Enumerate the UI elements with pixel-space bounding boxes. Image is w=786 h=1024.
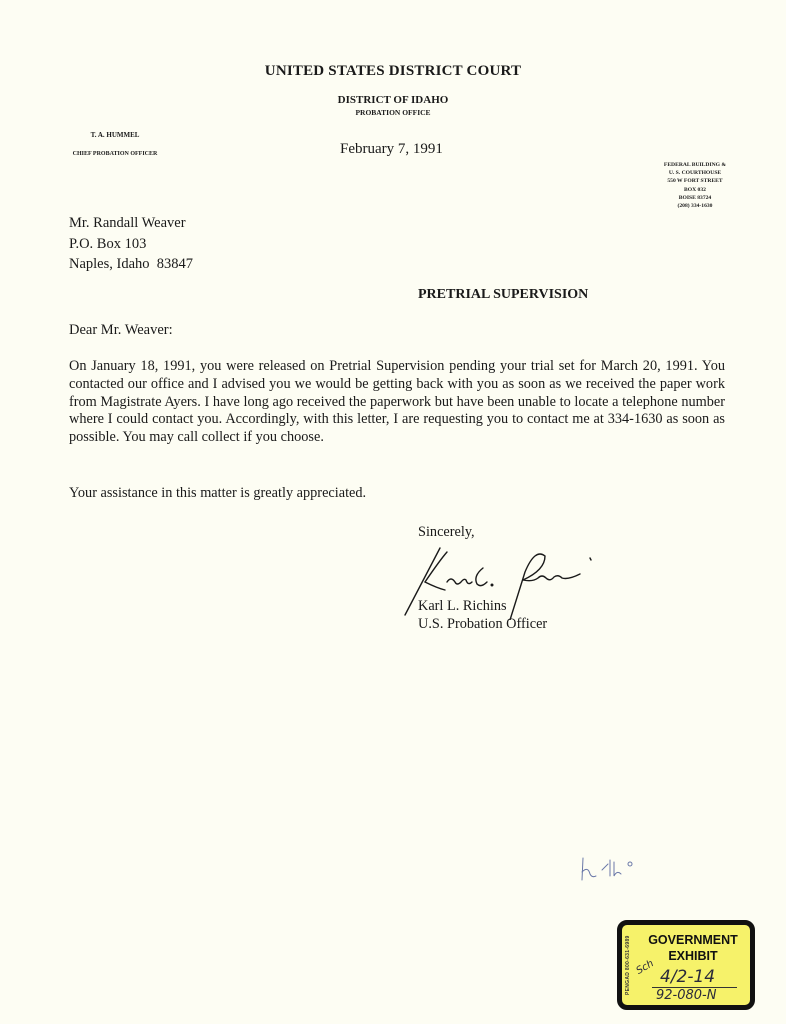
handwritten-initials-icon bbox=[578, 850, 648, 885]
recipient-address-2: Naples, Idaho 83847 bbox=[69, 254, 193, 275]
address-line: U. S. COURTHOUSE bbox=[630, 169, 760, 177]
salutation: Dear Mr. Weaver: bbox=[69, 322, 173, 339]
address-line: FEDERAL BUILDING & bbox=[630, 161, 760, 169]
address-line: BOISE 83724 bbox=[630, 194, 760, 202]
body-paragraph: On January 18, 1991, you were released o… bbox=[69, 358, 725, 447]
recipient-name: Mr. Randall Weaver bbox=[69, 213, 193, 234]
exhibit-handwritten-case: 92-080-N bbox=[656, 988, 716, 1003]
letter-date: February 7, 1991 bbox=[340, 141, 443, 158]
court-title: UNITED STATES DISTRICT COURT bbox=[0, 63, 786, 80]
recipient-address-1: P.O. Box 103 bbox=[69, 234, 193, 255]
closing-paragraph: Your assistance in this matter is greatl… bbox=[69, 485, 366, 502]
signer-name: Karl L. Richins bbox=[418, 598, 507, 615]
exhibit-label-line2: EXHIBIT bbox=[638, 949, 748, 963]
exhibit-strip-text: PENGAD 800-631-6989 bbox=[625, 931, 634, 999]
address-line: BOX 032 bbox=[630, 186, 760, 194]
government-exhibit-sticker: PENGAD 800-631-6989 GOVERNMENT EXHIBIT S… bbox=[617, 920, 755, 1010]
exhibit-label-line1: GOVERNMENT bbox=[638, 933, 748, 947]
chief-officer-title: CHIEF PROBATION OFFICER bbox=[40, 151, 190, 157]
chief-officer-name: T. A. HUMMEL bbox=[40, 131, 190, 139]
district-title: DISTRICT OF IDAHO bbox=[0, 94, 786, 106]
signer-title: U.S. Probation Officer bbox=[418, 616, 547, 633]
office-address-block: FEDERAL BUILDING & U. S. COURTHOUSE 550 … bbox=[630, 161, 760, 210]
exhibit-handwritten-number: 4/2-14 bbox=[660, 967, 715, 987]
address-line: (208) 334-1630 bbox=[630, 202, 760, 210]
office-title: PROBATION OFFICE bbox=[0, 108, 786, 117]
recipient-block: Mr. Randall Weaver P.O. Box 103 Naples, … bbox=[69, 213, 193, 275]
address-line: 550 W FORT STREET bbox=[630, 177, 760, 185]
subject-line: PRETRIAL SUPERVISION bbox=[418, 287, 588, 303]
